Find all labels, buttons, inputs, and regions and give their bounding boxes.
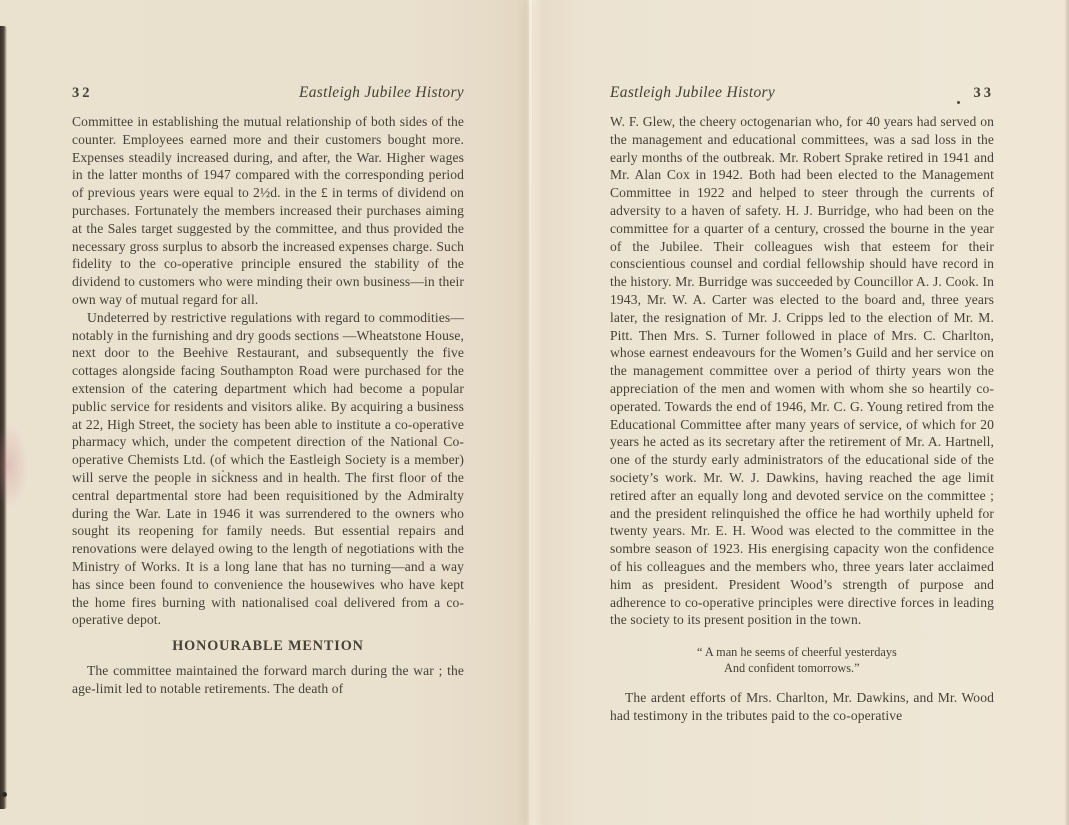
quote-line: “ A man he seems of cheerful yesterdays bbox=[697, 644, 994, 660]
spine-crease bbox=[529, 0, 532, 825]
quote-line: And confident tomorrows.” bbox=[724, 660, 994, 676]
body-paragraph: The committee maintained the forward mar… bbox=[72, 662, 464, 698]
running-head-right: Eastleigh Jubilee History bbox=[610, 84, 775, 102]
page-left-content: 32 Eastleigh Jubilee History Committee i… bbox=[72, 84, 464, 698]
page-left: 32 Eastleigh Jubilee History Committee i… bbox=[0, 0, 534, 825]
verse-quote: “ A man he seems of cheerful yesterdays … bbox=[697, 644, 994, 676]
ink-speck bbox=[2, 792, 7, 797]
left-page-edge bbox=[0, 26, 7, 809]
body-paragraph: W. F. Glew, the cheery octogenarian who,… bbox=[610, 113, 994, 629]
page-right: Eastleigh Jubilee History 33 W. F. Glew,… bbox=[535, 0, 1069, 825]
body-paragraph: Undeterred by restrictive regulations wi… bbox=[72, 309, 464, 629]
right-page-edge bbox=[1064, 0, 1069, 825]
pink-smudge bbox=[0, 424, 28, 508]
page-right-header: Eastleigh Jubilee History 33 bbox=[610, 84, 994, 102]
page-left-header: 32 Eastleigh Jubilee History bbox=[72, 84, 464, 102]
page-right-content: Eastleigh Jubilee History 33 W. F. Glew,… bbox=[610, 84, 994, 725]
running-head-left: Eastleigh Jubilee History bbox=[299, 84, 464, 102]
ink-speck bbox=[957, 101, 960, 104]
page-number-right: 33 bbox=[974, 85, 995, 102]
page-right-body: W. F. Glew, the cheery octogenarian who,… bbox=[610, 113, 994, 725]
section-heading: HONOURABLE MENTION bbox=[72, 638, 464, 655]
ink-speck bbox=[222, 470, 224, 472]
body-paragraph: The ardent efforts of Mrs. Charlton, Mr.… bbox=[610, 689, 994, 725]
body-paragraph: Committee in establishing the mutual rel… bbox=[72, 113, 464, 309]
page-left-body: Committee in establishing the mutual rel… bbox=[72, 113, 464, 698]
book-spread: 32 Eastleigh Jubilee History Committee i… bbox=[0, 0, 1069, 825]
page-number-left: 32 bbox=[72, 85, 93, 102]
